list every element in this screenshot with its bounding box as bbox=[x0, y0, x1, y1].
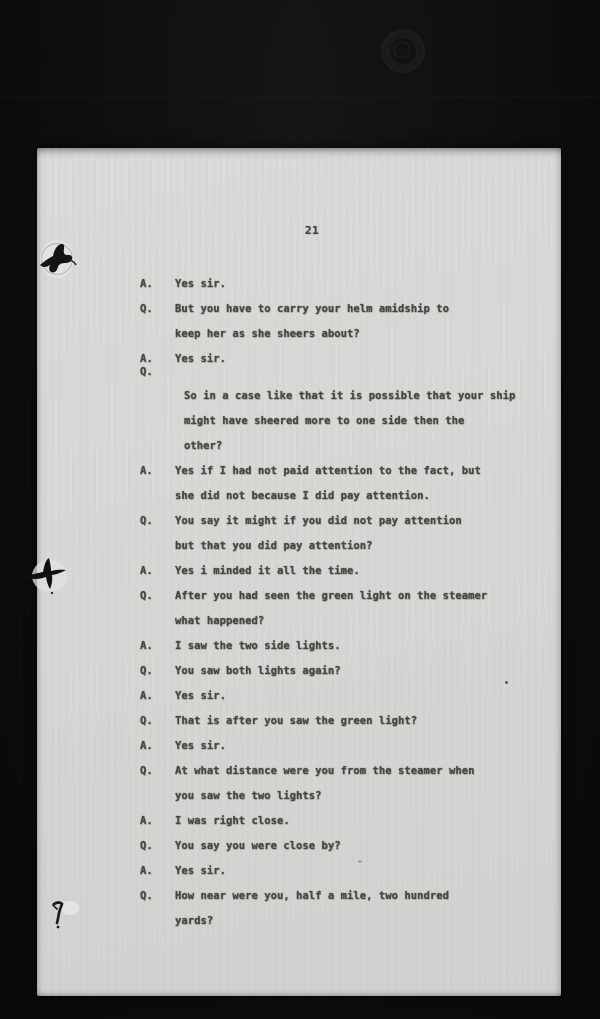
transcript-text: I was right close. bbox=[175, 815, 290, 827]
speaker-label: Q. bbox=[140, 515, 153, 527]
transcript-line: A.Yes sir. bbox=[37, 278, 561, 293]
paper-speck bbox=[358, 860, 362, 863]
transcript-text: Yes sir. bbox=[175, 278, 226, 290]
transcript-line: Q. bbox=[37, 366, 561, 381]
transcript-line: A.Yes sir. bbox=[37, 740, 561, 755]
transcript-line: you saw the two lights? bbox=[37, 790, 561, 805]
speaker-label: Q. bbox=[140, 366, 153, 378]
transcript-text: what happened? bbox=[175, 615, 264, 627]
transcript-line: A.Yes sir. bbox=[37, 865, 561, 880]
speaker-label: Q. bbox=[140, 840, 153, 852]
transcript-text: yards? bbox=[175, 915, 213, 927]
transcript-text: So in a case like that it is possible th… bbox=[184, 390, 515, 402]
transcript-text: Yes sir. bbox=[175, 865, 226, 877]
speaker-label: A. bbox=[140, 565, 153, 577]
transcript-text: keep her as she sheers about? bbox=[175, 328, 360, 340]
speaker-label: Q. bbox=[140, 765, 153, 777]
transcript-text: But you have to carry your helm amidship… bbox=[175, 303, 449, 315]
transcript-line: Q.You say you were close by? bbox=[37, 840, 561, 855]
transcript-text: Yes sir. bbox=[175, 353, 226, 365]
transcript-text: How near were you, half a mile, two hund… bbox=[175, 890, 449, 902]
scan-seam-line bbox=[0, 96, 600, 97]
transcript-line: Q.But you have to carry your helm amidsh… bbox=[37, 303, 561, 318]
speaker-label: Q. bbox=[140, 665, 153, 677]
transcript-line: what happened? bbox=[37, 615, 561, 630]
circular-stamp-watermark-icon bbox=[381, 29, 425, 73]
transcript-text: but that you did pay attention? bbox=[175, 540, 373, 552]
fastener-star-middle-icon bbox=[22, 552, 74, 602]
transcript-text: You say it might if you did not pay atte… bbox=[175, 515, 462, 527]
speaker-label: Q. bbox=[140, 890, 153, 902]
transcript: A.Yes sir.Q.But you have to carry your h… bbox=[37, 148, 561, 996]
transcript-line: A.Yes if I had not paid attention to the… bbox=[37, 465, 561, 480]
transcript-line: might have sheered more to one side then… bbox=[37, 415, 561, 430]
transcript-text: After you had seen the green light on th… bbox=[175, 590, 487, 602]
transcript-line: A.I saw the two side lights. bbox=[37, 640, 561, 655]
speaker-label: A. bbox=[140, 353, 153, 365]
transcript-text: might have sheered more to one side then… bbox=[184, 415, 464, 427]
transcript-text: I saw the two side lights. bbox=[175, 640, 341, 652]
transcript-text: you saw the two lights? bbox=[175, 790, 322, 802]
transcript-text: she did not because I did pay attention. bbox=[175, 490, 430, 502]
ink-mark-bottom-icon bbox=[48, 896, 82, 932]
transcript-line: but that you did pay attention? bbox=[37, 540, 561, 555]
transcript-line: Q.You saw both lights again? bbox=[37, 665, 561, 680]
document-page: 21 A.Yes sir.Q.But you have to carry you… bbox=[37, 148, 561, 996]
scan-speck bbox=[162, 942, 165, 945]
speaker-label: A. bbox=[140, 278, 153, 290]
transcript-text: Yes i minded it all the time. bbox=[175, 565, 360, 577]
transcript-line: So in a case like that it is possible th… bbox=[37, 390, 561, 405]
transcript-text: You say you were close by? bbox=[175, 840, 341, 852]
speaker-label: A. bbox=[140, 815, 153, 827]
transcript-line: A.Yes sir. bbox=[37, 690, 561, 705]
transcript-line: A.Yes i minded it all the time. bbox=[37, 565, 561, 580]
transcript-line: Q.After you had seen the green light on … bbox=[37, 590, 561, 605]
transcript-line: Q.You say it might if you did not pay at… bbox=[37, 515, 561, 530]
transcript-line: Q.That is after you saw the green light? bbox=[37, 715, 561, 730]
speaker-label: A. bbox=[140, 690, 153, 702]
speaker-label: A. bbox=[140, 865, 153, 877]
paper-speck bbox=[505, 681, 508, 684]
transcript-line: keep her as she sheers about? bbox=[37, 328, 561, 343]
speaker-label: Q. bbox=[140, 303, 153, 315]
fastener-tear-top-icon bbox=[36, 236, 78, 282]
transcript-text: Yes if I had not paid attention to the f… bbox=[175, 465, 481, 477]
speaker-label: Q. bbox=[140, 715, 153, 727]
speaker-label: A. bbox=[140, 740, 153, 752]
transcript-line: A.I was right close. bbox=[37, 815, 561, 830]
scan-background: 21 A.Yes sir.Q.But you have to carry you… bbox=[0, 0, 600, 1019]
transcript-text: At what distance were you from the steam… bbox=[175, 765, 474, 777]
transcript-text: other? bbox=[184, 440, 222, 452]
transcript-line: Q.How near were you, half a mile, two hu… bbox=[37, 890, 561, 905]
transcript-text: Yes sir. bbox=[175, 690, 226, 702]
transcript-text: That is after you saw the green light? bbox=[175, 715, 417, 727]
speaker-label: Q. bbox=[140, 590, 153, 602]
transcript-text: Yes sir. bbox=[175, 740, 226, 752]
transcript-line: Q.At what distance were you from the ste… bbox=[37, 765, 561, 780]
speaker-label: A. bbox=[140, 465, 153, 477]
transcript-line: yards? bbox=[37, 915, 561, 930]
transcript-line: she did not because I did pay attention. bbox=[37, 490, 561, 505]
transcript-line: other? bbox=[37, 440, 561, 455]
speaker-label: A. bbox=[140, 640, 153, 652]
transcript-text: You saw both lights again? bbox=[175, 665, 341, 677]
